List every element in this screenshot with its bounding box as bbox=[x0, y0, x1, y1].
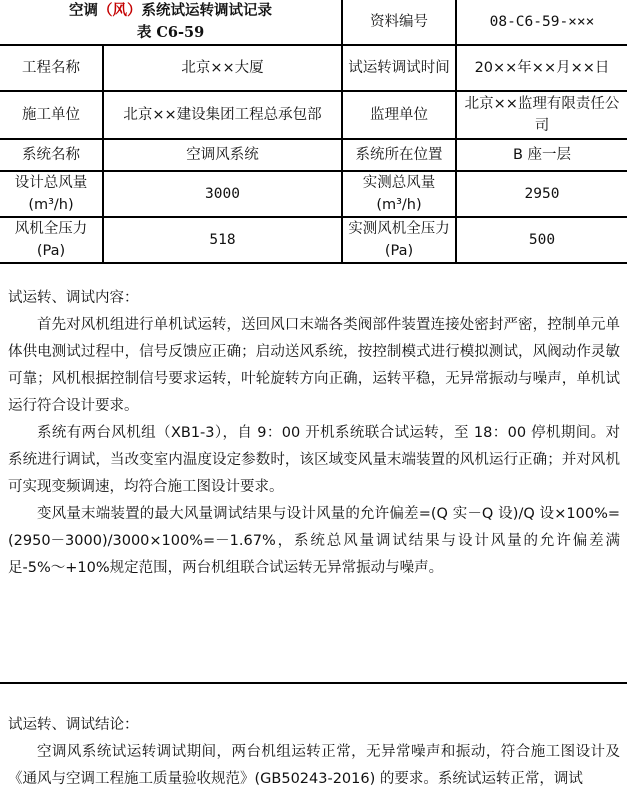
section-heading: 试运转、调试结论： bbox=[8, 712, 620, 739]
table-row: 风机全压力(Pa) 518 实测风机全压力(Pa) 500 bbox=[0, 217, 627, 263]
table-row-header: 空调（风）系统试运转调试记录 表 C6-59 资料编号 08-C6-59-××× bbox=[0, 0, 627, 45]
title-accent: （风） bbox=[98, 2, 142, 19]
table-row: 工程名称 北京××大厦 试运转调试时间 20××年××月××日 bbox=[0, 45, 627, 91]
paragraph: 首先对风机组进行单机试运转，送回风口末端各类阀部件装置连接处密封严密，控制单元单… bbox=[8, 312, 620, 420]
label-measured-fan-pressure: 实测风机全压力(Pa) bbox=[342, 217, 456, 263]
form-title: 空调（风）系统试运转调试记录 表 C6-59 bbox=[0, 0, 342, 45]
title-suffix: 系统试运转调试记录 bbox=[142, 2, 273, 19]
label-construction-unit: 施工单位 bbox=[0, 91, 103, 139]
paragraph: 系统有两台风机组（XB1-3），自 9：00 开机系统联合试运转，至 18：00… bbox=[8, 420, 620, 501]
value-document-number: 08-C6-59-××× bbox=[456, 0, 627, 45]
label-supervision-unit: 监理单位 bbox=[342, 91, 456, 139]
value-measured-airflow: 2950 bbox=[456, 171, 627, 217]
value-test-time: 20××年××月××日 bbox=[456, 45, 627, 91]
title-prefix: 空调 bbox=[69, 2, 98, 19]
table-row: 设计总风量(m³/h) 3000 实测总风量(m³/h) 2950 bbox=[0, 171, 627, 217]
paragraph: 变风量末端装置的最大风量调试结果与设计风量的允许偏差=(Q 实－Q 设)/Q 设… bbox=[8, 501, 620, 582]
table-row: 施工单位 北京××建设集团工程总承包部 监理单位 北京××监理有限责任公司 bbox=[0, 91, 627, 139]
paragraph: 空调风系统试运转调试期间，两台机组运转正常，无异常噪声和振动，符合施工图设计及《… bbox=[8, 739, 620, 793]
label-document-number: 资料编号 bbox=[342, 0, 456, 45]
label-test-time: 试运转调试时间 bbox=[342, 45, 456, 91]
label-project-name: 工程名称 bbox=[0, 45, 103, 91]
label-system-name: 系统名称 bbox=[0, 139, 103, 171]
label-measured-airflow: 实测总风量(m³/h) bbox=[342, 171, 456, 217]
record-table: 空调（风）系统试运转调试记录 表 C6-59 资料编号 08-C6-59-×××… bbox=[0, 0, 627, 264]
form-code: 表 C6-59 bbox=[137, 24, 204, 41]
label-design-airflow: 设计总风量(m³/h) bbox=[0, 171, 103, 217]
table-row: 系统名称 空调风系统 系统所在位置 B 座一层 bbox=[0, 139, 627, 171]
value-fan-pressure: 518 bbox=[103, 217, 342, 263]
label-fan-pressure: 风机全压力(Pa) bbox=[0, 217, 103, 263]
test-content-section: 试运转、调试内容： 首先对风机组进行单机试运转，送回风口末端各类阀部件装置连接处… bbox=[8, 285, 620, 582]
label-system-location: 系统所在位置 bbox=[342, 139, 456, 171]
section-heading: 试运转、调试内容： bbox=[8, 285, 620, 312]
test-conclusion-section: 试运转、调试结论： 空调风系统试运转调试期间，两台机组运转正常，无异常噪声和振动… bbox=[8, 712, 620, 793]
value-measured-fan-pressure: 500 bbox=[456, 217, 627, 263]
section-divider bbox=[0, 682, 627, 684]
value-construction-unit: 北京××建设集团工程总承包部 bbox=[103, 91, 342, 139]
value-project-name: 北京××大厦 bbox=[103, 45, 342, 91]
value-system-location: B 座一层 bbox=[456, 139, 627, 171]
value-supervision-unit: 北京××监理有限责任公司 bbox=[456, 91, 627, 139]
value-design-airflow: 3000 bbox=[103, 171, 342, 217]
value-system-name: 空调风系统 bbox=[103, 139, 342, 171]
